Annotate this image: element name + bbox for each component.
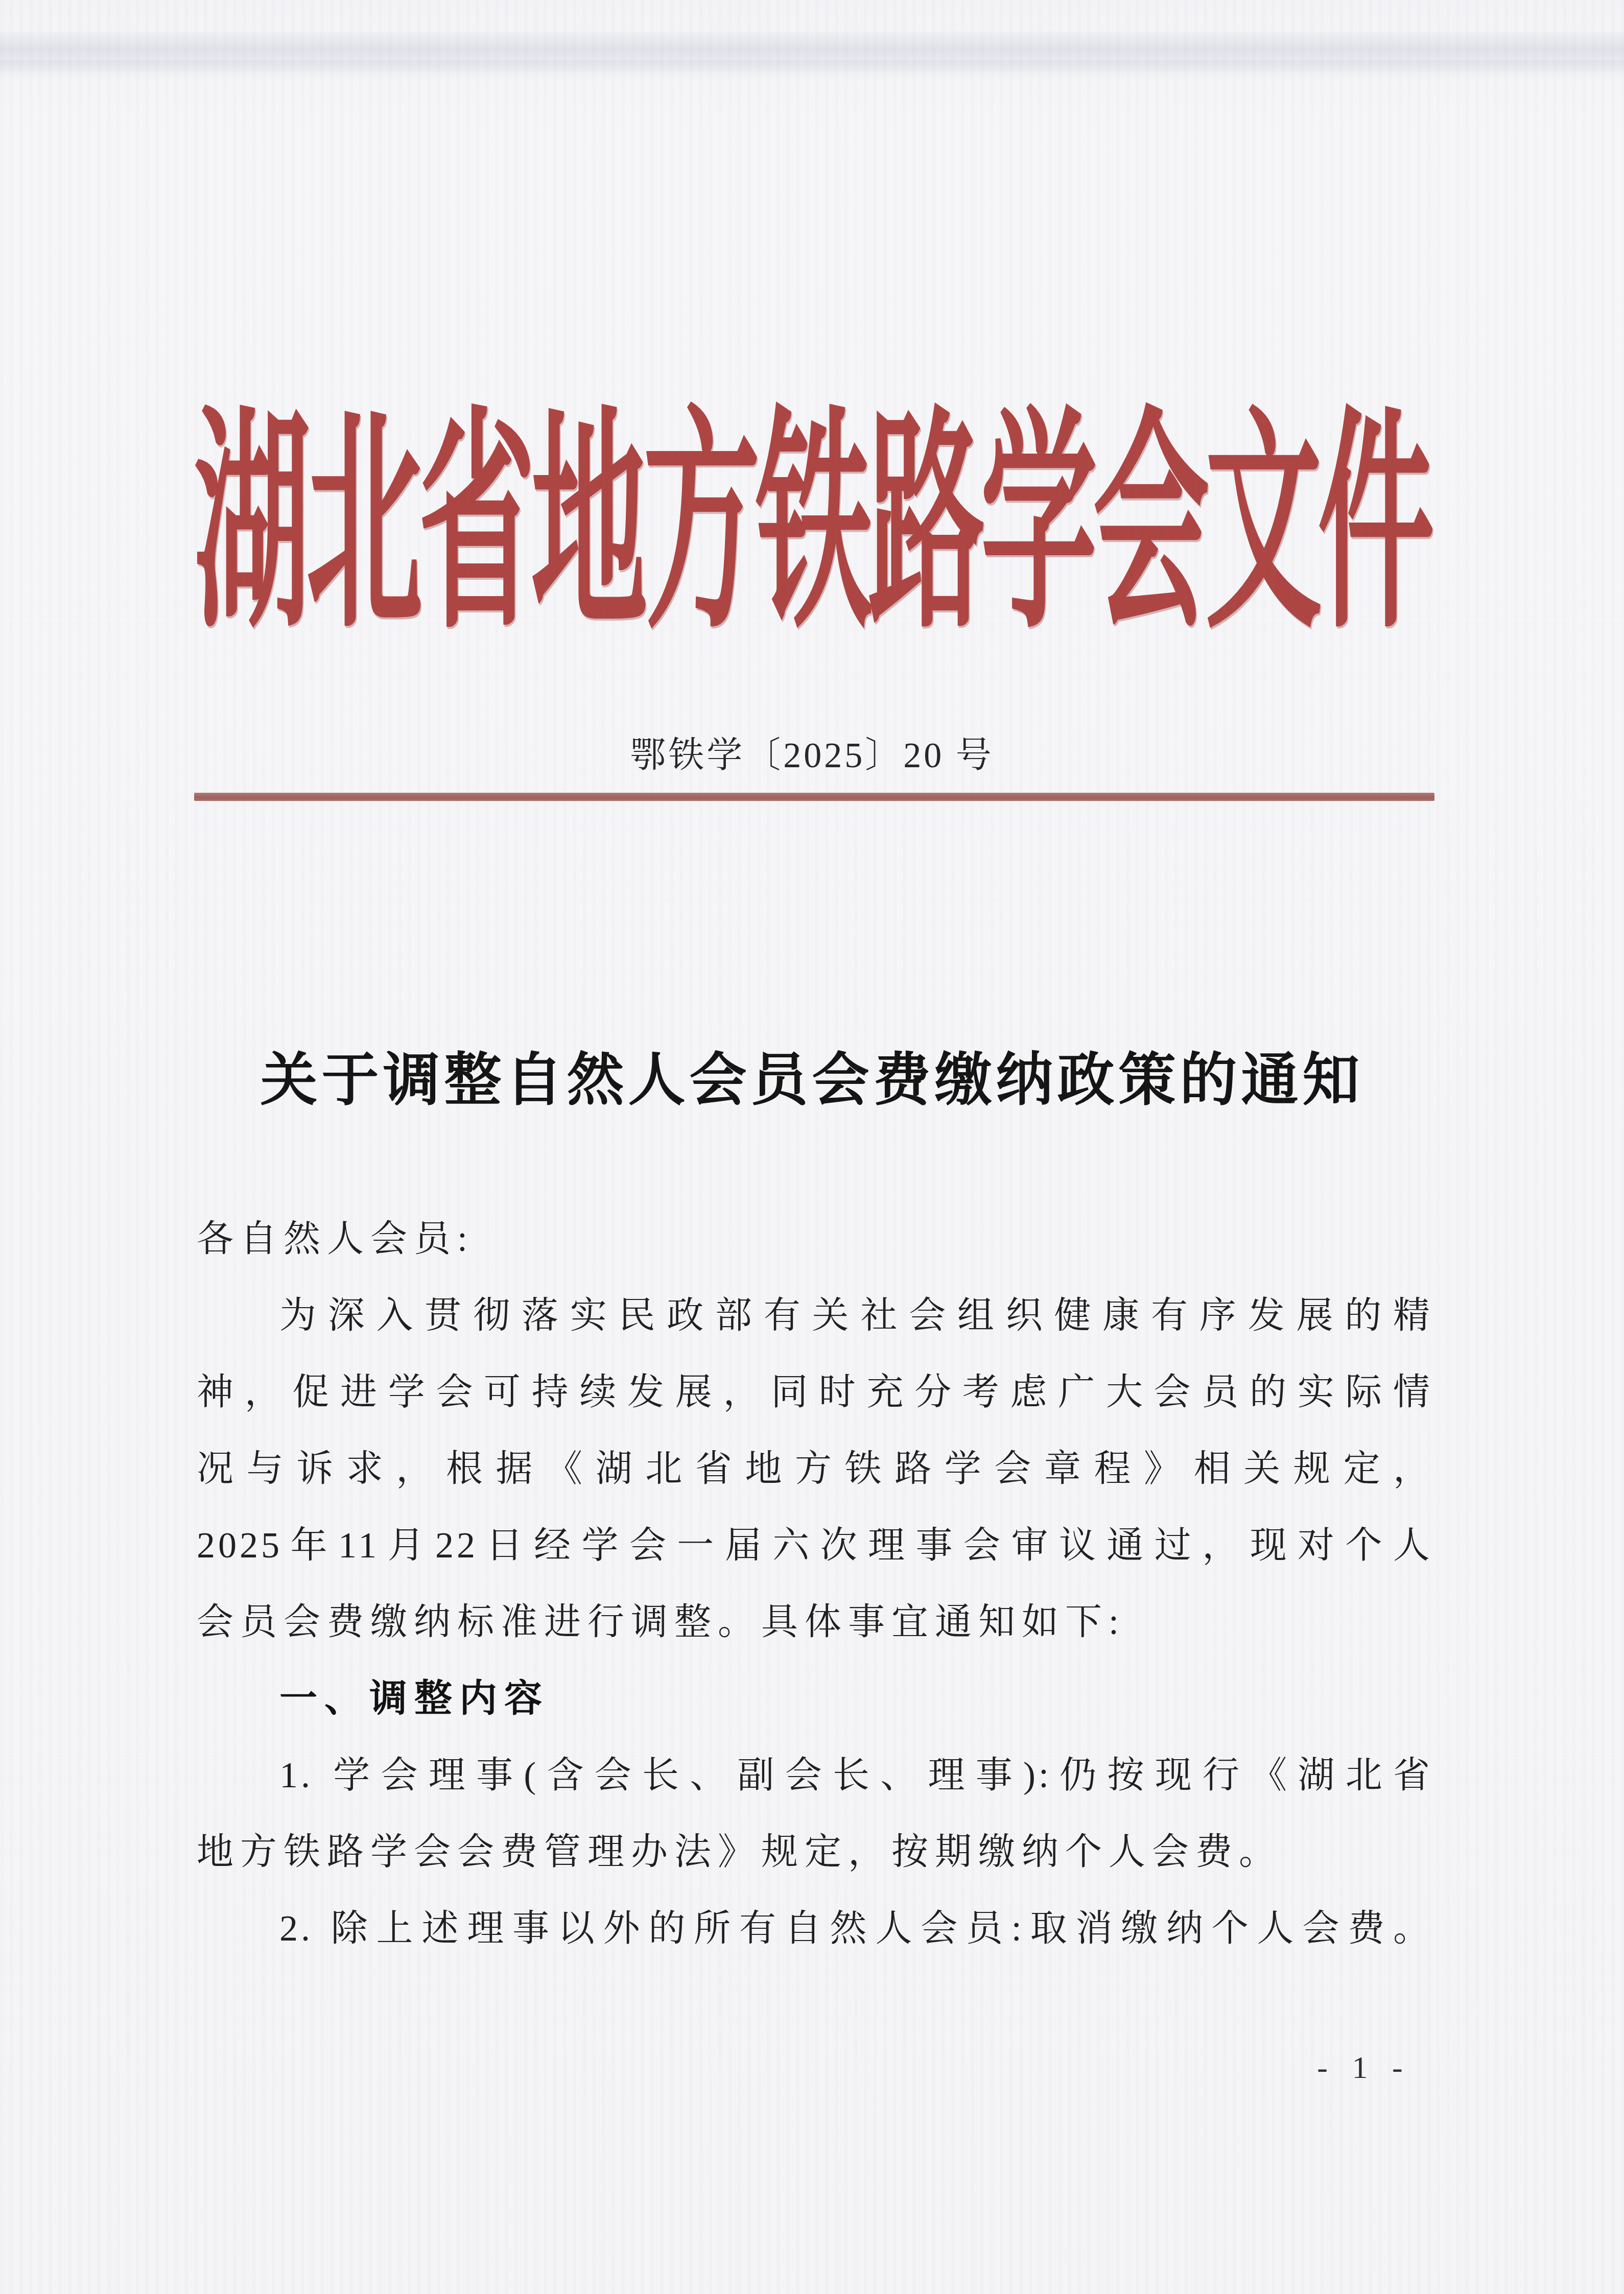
body-line: 为深入贯彻落实民政部有关社会组织健康有序发展的精: [197, 1277, 1433, 1354]
organization-title: 湖北省地方铁路学会文件: [194, 409, 1430, 644]
body-line: 1. 学会理事(含会长、副会长、理事):仍按现行《湖北省: [197, 1737, 1433, 1813]
body-line: 2. 除上述理事以外的所有自然人会员:取消缴纳个人会费。: [197, 1890, 1433, 1967]
letterhead: 湖北省地方铁路学会文件: [0, 423, 1624, 629]
salutation-line: 各自然人会员:: [197, 1200, 1433, 1277]
document-number: 鄂铁学〔2025〕20 号: [0, 729, 1624, 783]
notice-title: 关于调整自然人会员会费缴纳政策的通知: [0, 1047, 1624, 1115]
body-line: 2025年11月22日经学会一届六次理事会审议通过，现对个人: [197, 1507, 1433, 1583]
red-separator-line: [194, 793, 1434, 801]
body-line: 会员会费缴纳标准进行调整。具体事宜通知如下:: [197, 1583, 1433, 1660]
section-heading: 一、调整内容: [197, 1660, 1433, 1737]
document-page: 湖北省地方铁路学会文件 鄂铁学〔2025〕20 号 关于调整自然人会员会费缴纳政…: [0, 0, 1624, 2294]
page-number: - 1 -: [1287, 2043, 1441, 2092]
scan-artifact-band: [0, 60, 1624, 81]
body-line: 神，促进学会可持续发展，同时充分考虑广大会员的实际情: [197, 1354, 1433, 1430]
body-line: 况与诉求，根据《湖北省地方铁路学会章程》相关规定，: [197, 1430, 1433, 1507]
notice-body: 各自然人会员: 为深入贯彻落实民政部有关社会组织健康有序发展的精 神，促进学会可…: [197, 1200, 1433, 1967]
body-line: 地方铁路学会会费管理办法》规定，按期缴纳个人会费。: [197, 1813, 1433, 1890]
